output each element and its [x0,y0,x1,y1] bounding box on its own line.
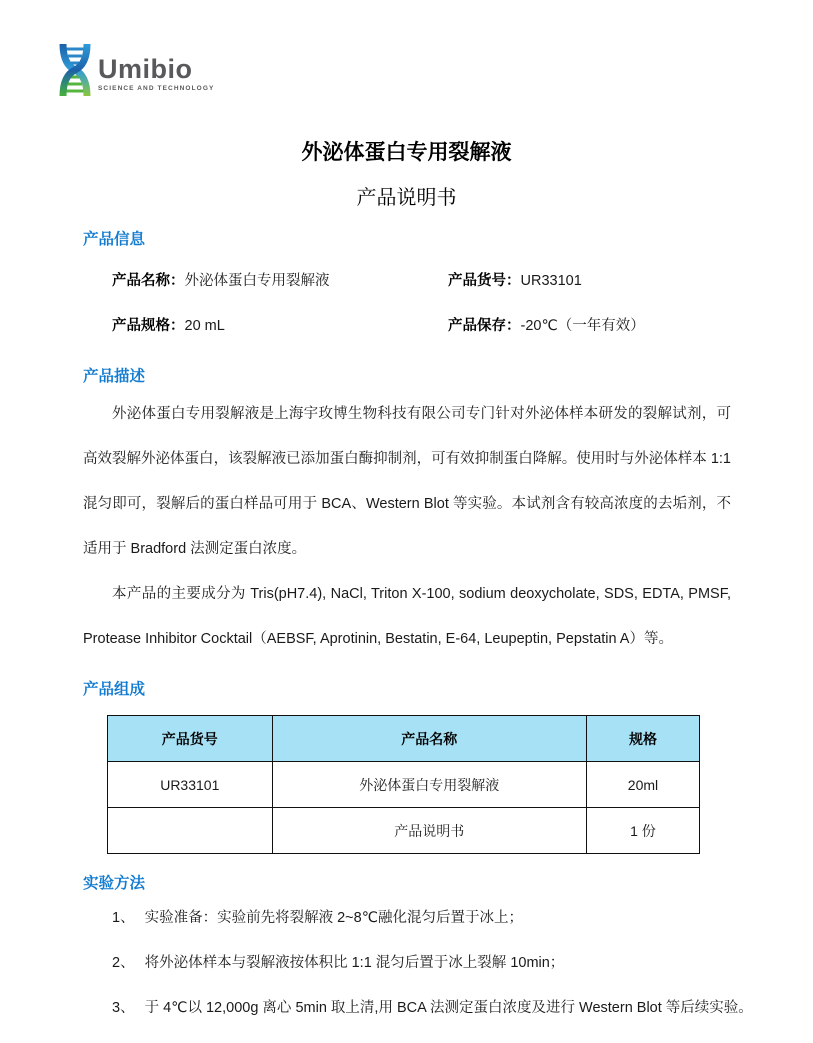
table-cell: 产品说明书 [272,808,586,854]
info-label: 产品货号： [448,273,521,289]
description-paragraph: 外泌体蛋白专用裂解液是上海宇玫博生物科技有限公司专门针对外泌体样本研发的裂解试剂… [83,392,731,572]
table-row: 产品说明书 1 份 [108,808,700,854]
table-header-cell: 产品名称 [272,716,586,762]
info-field-code: 产品货号：UR33101 [448,272,730,290]
info-value: 外泌体蛋白专用裂解液 [185,273,330,289]
info-value: UR33101 [521,273,582,289]
info-field-spec: 产品规格：20 mL [112,317,448,335]
table-row: UR33101 外泌体蛋白专用裂解液 20ml [108,762,700,808]
method-step: 1、 实验准备：实验前先将裂解液 2~8℃融化混匀后置于冰上； [112,896,752,941]
dna-helix-icon [58,44,92,96]
step-number: 3、 [112,986,135,1031]
info-value: -20℃（一年有效） [521,318,645,334]
info-label: 产品保存： [448,318,521,334]
step-text: 将外泌体样本与裂解液按体积比 1:1 混匀后置于冰上裂解 10min； [145,941,565,986]
document-subtitle: 产品说明书 [0,181,813,210]
table-cell [108,808,273,854]
section-heading-methods: 实验方法 [83,871,145,893]
table-header-row: 产品货号 产品名称 规格 [108,716,700,762]
table-header-cell: 规格 [586,716,699,762]
table-cell: 20ml [586,762,699,808]
methods-list: 1、 实验准备：实验前先将裂解液 2~8℃融化混匀后置于冰上； 2、 将外泌体样… [112,896,752,1031]
info-field-storage: 产品保存：-20℃（一年有效） [448,317,730,335]
product-manual-page: Umibio SCIENCE AND TECHNOLOGY 外泌体蛋白专用裂解液… [0,0,813,1043]
step-text: 实验准备：实验前先将裂解液 2~8℃融化混匀后置于冰上； [145,896,523,941]
brand-name: Umibio [98,56,214,82]
document-title: 外泌体蛋白专用裂解液 [0,136,813,166]
method-step: 2、 将外泌体样本与裂解液按体积比 1:1 混匀后置于冰上裂解 10min； [112,941,752,986]
table-header-cell: 产品货号 [108,716,273,762]
step-number: 1、 [112,896,135,941]
product-info-grid: 产品名称：外泌体蛋白专用裂解液 产品货号：UR33101 产品规格：20 mL … [112,272,730,335]
table-cell: 1 份 [586,808,699,854]
description-paragraph: 本产品的主要成分为 Tris(pH7.4), NaCl, Triton X-10… [83,572,731,662]
section-heading-product-composition: 产品组成 [83,677,145,699]
section-heading-product-description: 产品描述 [83,364,145,386]
logo: Umibio SCIENCE AND TECHNOLOGY [58,44,214,96]
composition-table: 产品货号 产品名称 规格 UR33101 外泌体蛋白专用裂解液 20ml 产品说… [107,715,700,854]
step-number: 2、 [112,941,135,986]
table-cell: UR33101 [108,762,273,808]
logo-text: Umibio SCIENCE AND TECHNOLOGY [98,56,214,92]
info-value: 20 mL [185,318,225,334]
product-description: 外泌体蛋白专用裂解液是上海宇玫博生物科技有限公司专门针对外泌体样本研发的裂解试剂… [83,392,731,662]
brand-tagline: SCIENCE AND TECHNOLOGY [98,85,214,92]
section-heading-product-info: 产品信息 [83,227,145,249]
method-step: 3、 于 4℃以 12,000g 离心 5min 取上清,用 BCA 法测定蛋白… [112,986,752,1031]
info-field-name: 产品名称：外泌体蛋白专用裂解液 [112,272,448,290]
info-label: 产品名称： [112,273,185,289]
table-cell: 外泌体蛋白专用裂解液 [272,762,586,808]
info-label: 产品规格： [112,318,185,334]
step-text: 于 4℃以 12,000g 离心 5min 取上清,用 BCA 法测定蛋白浓度及… [145,986,753,1031]
